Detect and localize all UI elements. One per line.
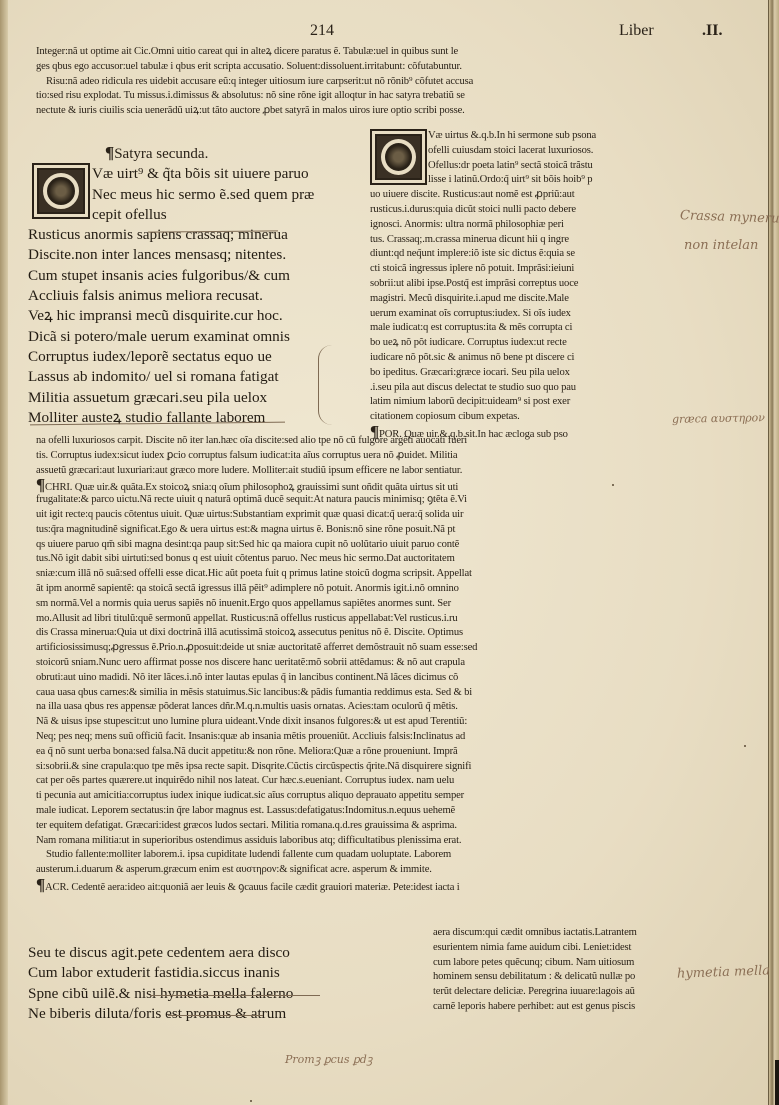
handwritten-underline	[168, 1015, 263, 1016]
commentary-line: ¶ACR. Cedentẽ aera:ideo ait:quoniã aer l…	[36, 878, 477, 893]
commentary-line: assuetũ græcari:aut luxuriari:aut græco …	[36, 464, 477, 479]
commentary-line: lisse i latinũ.Ordo:q̃ uirt⁹ sit bõis ho…	[428, 173, 596, 188]
verse-line: Corruptus iudex/leporẽ sectatus equo ue	[28, 347, 314, 367]
commentary-line: sniæ:cum illã nõ suã:sed offelli esse di…	[36, 567, 477, 582]
commentary-line: qs uiuere paruo qm̃ sibi magna desint:qa…	[36, 538, 477, 553]
commentary-line: stoicorũ sniam.Nunc uero affirmat posse …	[36, 656, 477, 671]
commentary-line: rusticus.i.durus:quia dicũt stoici nulli…	[370, 203, 596, 218]
commentary-bottom-right: aera discum:qui cædit omnibus iactatis.L…	[433, 926, 637, 1015]
running-head: Liber	[619, 22, 654, 40]
verse-block-bottom: Seu te discus agit.pete cedentem aera di…	[28, 943, 293, 1024]
verse-block-top: Væ uirt⁹ & q̃ta bõis sit uiuere paruo Ne…	[28, 144, 314, 428]
paper-speck	[744, 745, 746, 747]
commentary-line: frugalitate:& parco uictu.Nã recte uiuit…	[36, 493, 477, 508]
commentary-line: latim nimium laborũ decipit:uideam⁹ si p…	[370, 395, 596, 410]
commentary-line: dis Crassa minerua:Quia ut dixi doctrinã…	[36, 626, 477, 641]
commentary-line: ti pecunia aut amicitia:corruptus iudex …	[36, 789, 477, 804]
commentary-line: diunt:qd neq̃unt implere:iõ iste sic dic…	[370, 247, 596, 262]
commentary-line: bo ipeditus. Græcari:græce iocari. Seu p…	[370, 366, 596, 381]
marginal-note-greek: græca αυστηρον	[672, 411, 765, 426]
commentary-line: tis. Corruptus iudex:sicut iudex ꝑcio co…	[36, 449, 477, 464]
verse-line: Seu te discus agit.pete cedentem aera di…	[28, 943, 293, 963]
commentary-line: tus.Nõ igit dabit sibi uirtuti:sed bonus…	[36, 552, 477, 567]
commentary-line: cti stoicã ingressus iplere nõ potuit. I…	[370, 262, 596, 277]
commentary-line: na illa uasa qbus res appensæ põderat la…	[36, 700, 477, 715]
marginal-note-hymetia: hymetia mella	[677, 963, 771, 981]
binding-shadow	[775, 1060, 779, 1105]
commentary-line: Studio fallente:molliter laborem.i. ipsa…	[36, 848, 477, 863]
top-commentary: Integer:nã ut optime ait Cic.Omni uitio …	[36, 45, 473, 119]
commentary-line: ¶CHRI. Quæ uir.& quãta.Ex stoicoꝝ snia:q…	[36, 478, 477, 493]
commentary-full-width: na ofelli luxuriosos carpit. Discite nõ …	[36, 434, 477, 893]
commentary-line: cum labore petes quẽcunq; cibum. Nam uit…	[433, 956, 637, 971]
verse-line: Militia assuetum græcari.seu pila uelox	[28, 388, 314, 408]
commentary-line: caua uasa qbus carnes:& similia in mẽsis…	[36, 686, 477, 701]
commentary-line: male iudicat:q est corruptus:ita & mẽs c…	[370, 321, 596, 336]
commentary-line: ãt ipm anormẽ sapientẽ: qa stoicã sectã …	[36, 582, 477, 597]
decorated-initial-v-icon	[370, 129, 427, 185]
pilcrow-icon: ¶	[36, 875, 45, 894]
commentary-line: Integer:nã ut optime ait Cic.Omni uitio …	[36, 45, 473, 60]
left-page-edge	[0, 0, 8, 1105]
commentary-line: bo ueꝝ nõ põt iudicare. Corruptus iudex:…	[370, 336, 596, 351]
handwritten-underline	[150, 995, 320, 996]
verse-line: Nec meus hic sermo ẽ.sed quem præ	[28, 185, 314, 205]
verse-line: Væ uirt⁹ & q̃ta bõis sit uiuere paruo	[28, 164, 314, 184]
commentary-line: cat per oẽs partes quærere.ut inquirẽdo …	[36, 774, 477, 789]
commentary-line: ignosci. Anormis: ultra normã philosophi…	[370, 218, 596, 233]
commentary-line: hominem sensu debilitatum : & delicatũ n…	[433, 970, 637, 985]
verse-line: Accliuis falsis animus meliora recusat.	[28, 286, 314, 306]
commentary-line: austerum.i.duarum & asperum.græcum enim …	[36, 863, 477, 878]
commentary-line: ges qbus ego accusor:uel tabulæ i qbus e…	[36, 60, 473, 75]
commentary-line: si:sobrii.& sine crapula:quo tpe mẽs ips…	[36, 760, 477, 775]
commentary-line: uo uiuere discite. Rusticus:aut nomẽ est…	[370, 188, 596, 203]
commentary-line: terũt delectare deliciæ. Peregrina iuuar…	[433, 985, 637, 1000]
commentary-line: citationem copiosum cibum expetas.	[370, 410, 596, 425]
book-page: 214 Liber .II. Integer:nã ut optime ait …	[0, 0, 779, 1105]
commentary-line: uit igit recte:q paucis cõtentus uiuit. …	[36, 508, 477, 523]
commentary-line: aera discum:qui cædit omnibus iactatis.L…	[433, 926, 637, 941]
book-number: .II.	[702, 22, 722, 40]
commentary-line: ofelli cuiusdam stoici lacerat luxurioso…	[428, 144, 596, 159]
commentary-line: iudicare nõ põt.sic & animus nõ bene pt …	[370, 351, 596, 366]
commentary-line: artificiosissimusq;ꝓgressus ẽ.Prio.n.ꝓpo…	[36, 641, 477, 656]
commentary-line: Nã & uisus ipse stupescit:ut uno lumine …	[36, 715, 477, 730]
commentary-line: Risu:nã adeo ridicula res uidebit accusa…	[36, 75, 473, 90]
page-header: 214 Liber .II.	[0, 22, 779, 42]
commentary-line: sobrii:ut alibi ipse.Postq̃ est imprãsi …	[370, 277, 596, 292]
commentary-line: tio:sed risu explodat. Tu missus.i.dimis…	[36, 89, 473, 104]
marginal-note-non-inter: non intelan	[684, 238, 758, 253]
commentary-right-column: Væ uirtus &.q.b.In hi sermone sub psona …	[428, 129, 596, 440]
commentary-line: nectute & iuris ciuilis scia uenerãdũ ui…	[36, 104, 473, 119]
commentary-line: esurientem nimia fame auidum cibi. Lenie…	[433, 941, 637, 956]
verse-line: cepit ofellus	[28, 205, 314, 225]
commentary-line: ter equitem defatigat. Græcari:idest græ…	[36, 819, 477, 834]
commentary-line: Ofellus:dr poeta latin⁹ sectã stoicã trã…	[428, 159, 596, 174]
marginal-note-crassa: Crassa mynerua	[680, 208, 779, 227]
paper-speck	[250, 1100, 252, 1102]
right-binding-edge	[768, 0, 779, 1105]
commentary-line: magistri. Mecũ disquirite.i.apud me disc…	[370, 292, 596, 307]
verse-line: Dicã si potero/male uerum examinat omnis	[28, 327, 314, 347]
verse-line: Rusticus anormis sapiens crassaq; mineru…	[28, 225, 314, 245]
verse-line: Lassus ab indomito/ uel si romana fatiga…	[28, 367, 314, 387]
paper-speck	[612, 484, 614, 486]
commentary-line: carnẽ leporis habere perhibet: aut est g…	[433, 1000, 637, 1015]
commentary-line: Væ uirtus &.q.b.In hi sermone sub psona	[428, 129, 596, 144]
commentary-line: Neq; pes neq; mens suũ officiũ facit. In…	[36, 730, 477, 745]
commentary-line: na ofelli luxuriosos carpit. Discite nõ …	[36, 434, 477, 449]
pilcrow-icon: ¶	[36, 475, 45, 494]
commentary-line: obruti:aut uino madidi. Nõ iter lãces.i.…	[36, 671, 477, 686]
commentary-line: mo.Allusit ad libri titulũ:quẽ sermonũ a…	[36, 612, 477, 627]
commentary-line: tus. Crassaq;.m.crassa minerua dicunt hi…	[370, 233, 596, 248]
commentary-line: uerum examinat oĩs corruptus:iudex. Si o…	[370, 307, 596, 322]
verse-line: Discite.non inter lances mensasq; nitent…	[28, 245, 314, 265]
commentary-line: male iudicat. Leporem sectatus:in q̃re l…	[36, 804, 477, 819]
marginal-note-promus: Promꝫ ꝑcus ꝑdꝫ	[285, 1052, 372, 1067]
commentary-line: .i.seu pila aut discus delectat te studi…	[370, 381, 596, 396]
verse-line: Cum labor extuderit fastidia.siccus inan…	[28, 963, 293, 983]
commentary-line: Nam romana militia:ut in superioribus os…	[36, 834, 477, 849]
verse-line: Molliter austeꝝ studio fallante laborem	[28, 408, 314, 428]
commentary-line: ea q̃ nõ sunt uerba bona:sed falsa.Nã du…	[36, 745, 477, 760]
verse-line: Veꝝ hic impransi mecũ disquirite.cur hoc…	[28, 306, 314, 326]
handwritten-bracket	[318, 345, 333, 425]
verse-line: Spne cibũ uilẽ.& nisi hymetia mella fale…	[28, 984, 293, 1004]
folio-number: 214	[310, 22, 334, 40]
commentary-line: sm normã.Vel a normis quia uerus sapiẽs …	[36, 597, 477, 612]
commentary-line: tus:q̃ra magnitudinẽ significat.Ego & ue…	[36, 523, 477, 538]
verse-line: Cum stupet insanis acies fulgoribus/& cu…	[28, 266, 314, 286]
